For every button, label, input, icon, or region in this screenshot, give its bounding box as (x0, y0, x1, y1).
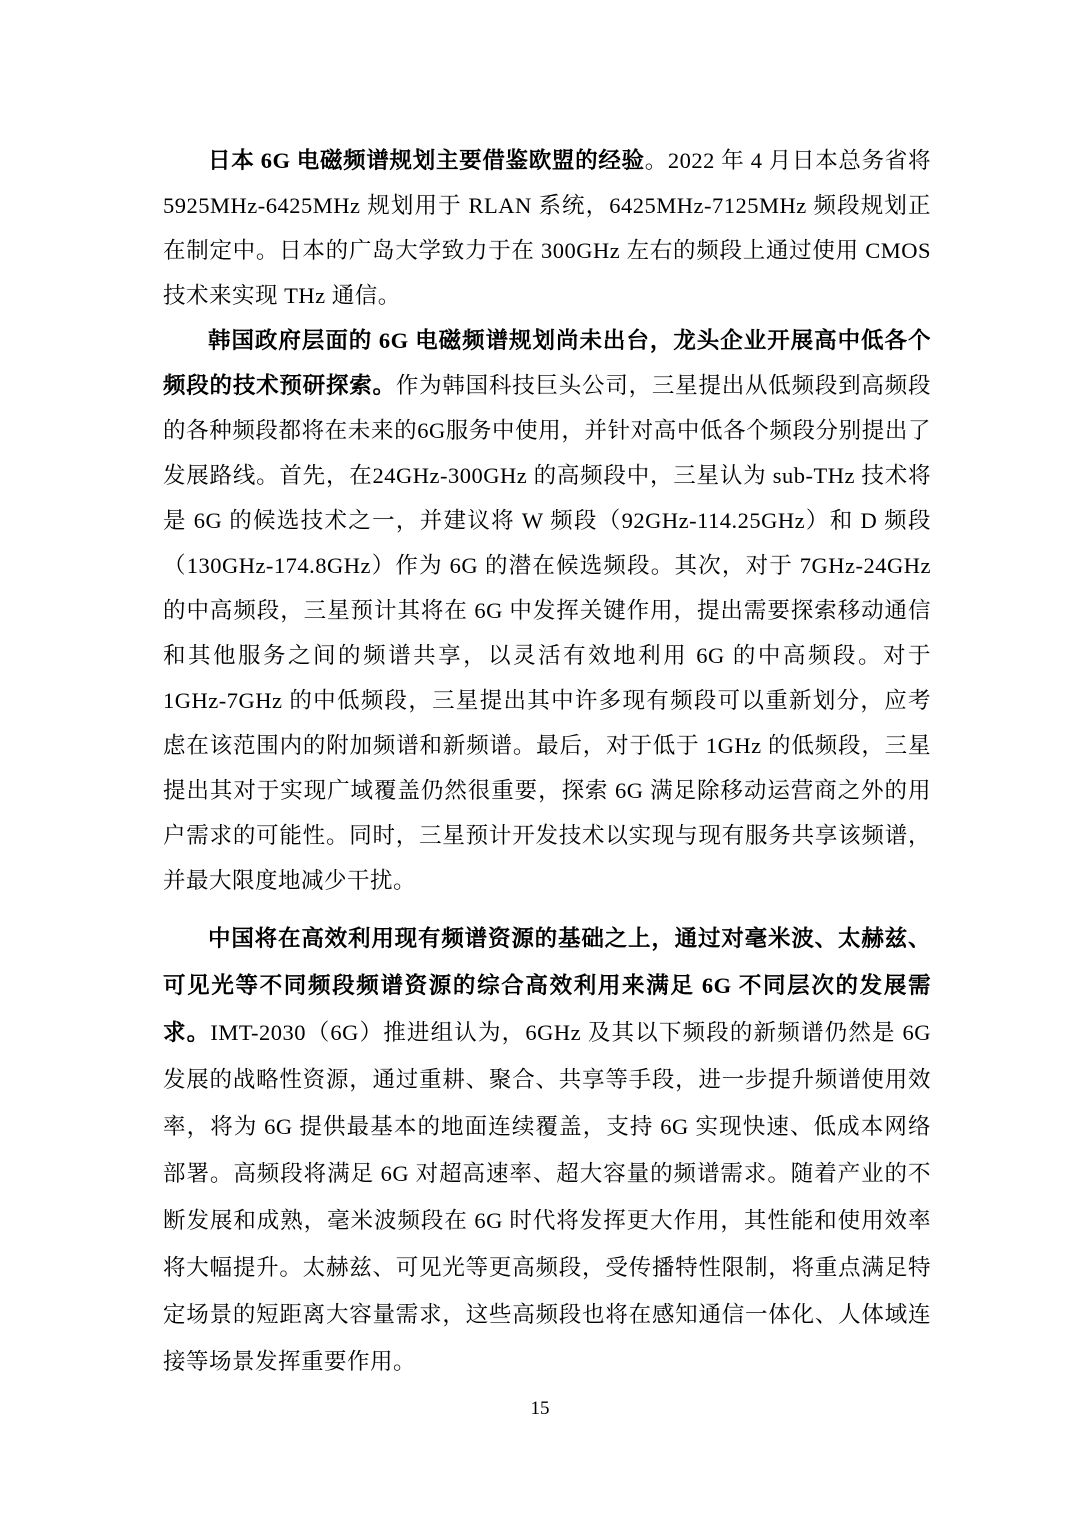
paragraph-korea-6g: 韩国政府层面的 6G 电磁频谱规划尚未出台，龙头企业开展高中低各个频段的技术预研… (163, 318, 931, 903)
paragraph-china-6g-body: IMT-2030（6G）推进组认为，6GHz 及其以下频段的新频谱仍然是 6G … (163, 1020, 931, 1374)
document-page: 日本 6G 电磁频谱规划主要借鉴欧盟的经验。2022 年 4 月日本总务省将 5… (0, 0, 1080, 1527)
paragraph-japan-6g: 日本 6G 电磁频谱规划主要借鉴欧盟的经验。2022 年 4 月日本总务省将 5… (163, 138, 931, 318)
paragraph-china-6g: 中国将在高效利用现有频谱资源的基础之上，通过对毫米波、太赫兹、可见光等不同频段频… (163, 915, 931, 1385)
paragraph-japan-6g-lead: 日本 6G 电磁频谱规划主要借鉴欧盟的经验 (208, 148, 645, 173)
paragraph-korea-6g-body: 作为韩国科技巨头公司，三星提出从低频段到高频段的各种频段都将在未来的6G服务中使… (163, 373, 931, 893)
document-body: 日本 6G 电磁频谱规划主要借鉴欧盟的经验。2022 年 4 月日本总务省将 5… (163, 138, 931, 1385)
page-number: 15 (0, 1397, 1080, 1421)
